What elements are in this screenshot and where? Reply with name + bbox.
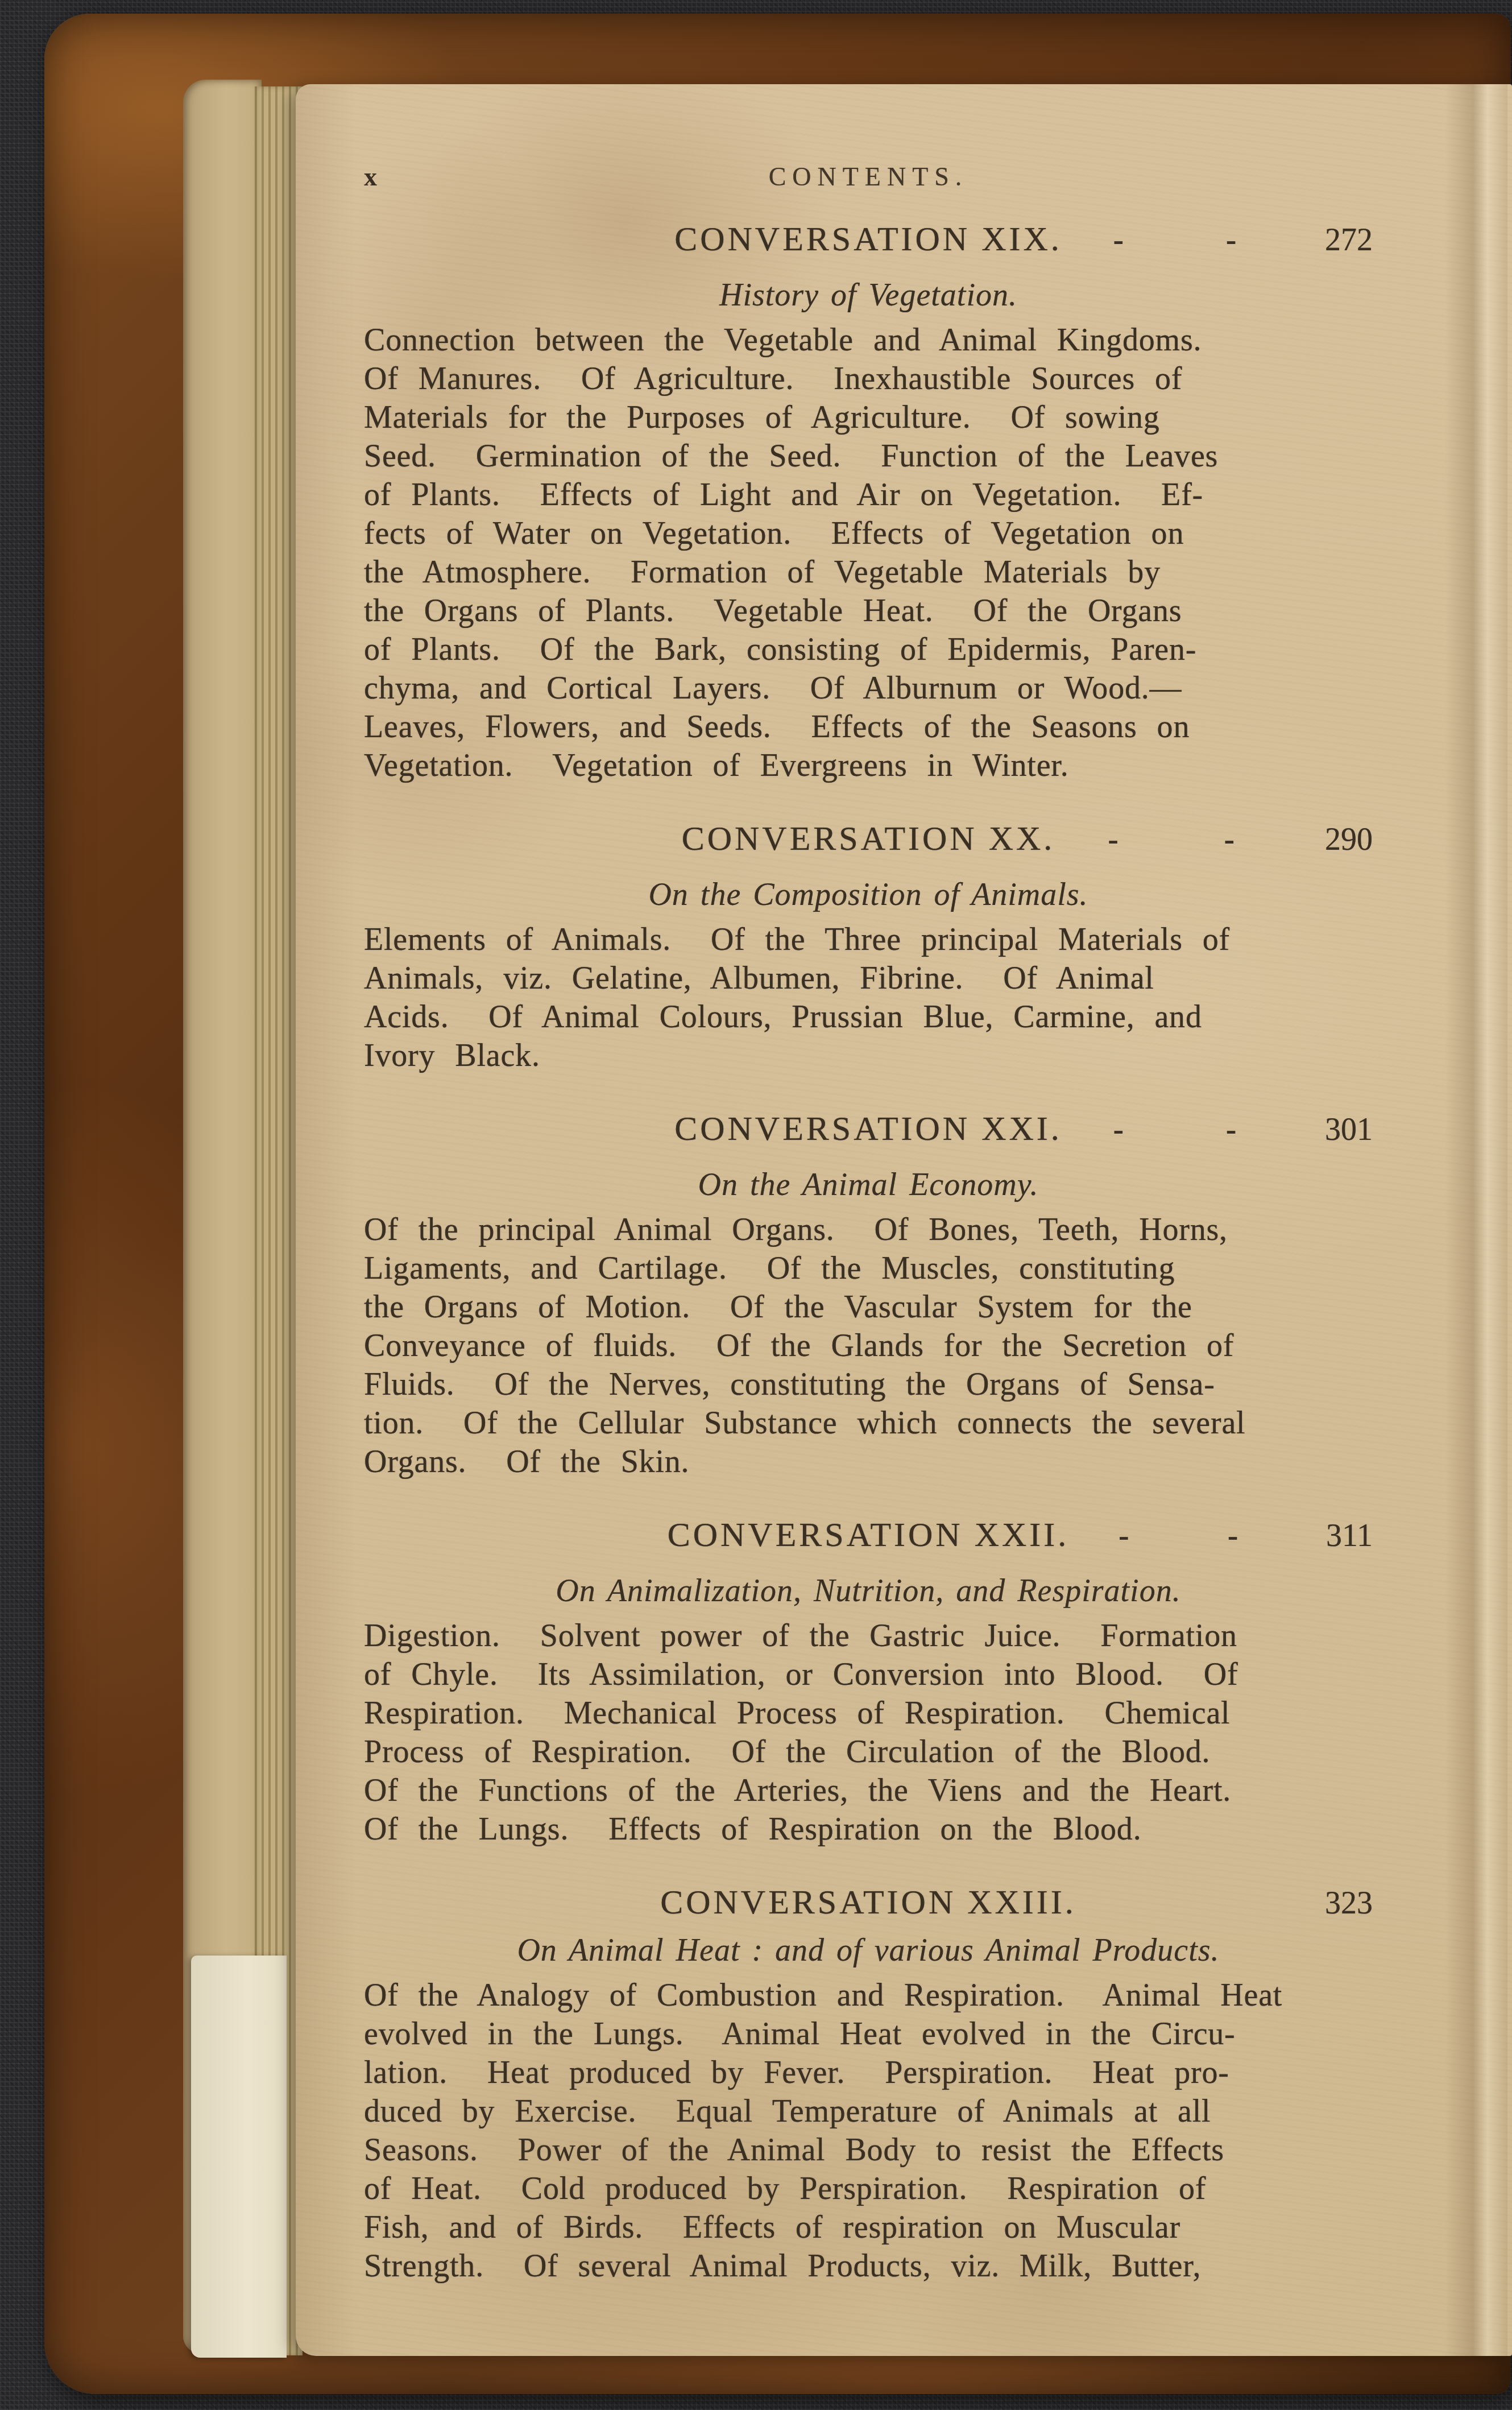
entry-line: Digestion. Solvent power of the Gastric … xyxy=(364,1617,1373,1655)
heading-dash: - xyxy=(1175,1108,1287,1159)
entry-line: Organs. Of the Skin. xyxy=(364,1442,1373,1481)
page-content: x CONTENTS. CONVERSATION XIX. -- 272 His… xyxy=(296,84,1512,2356)
toc-entries: CONVERSATION XIX. -- 272 History of Vege… xyxy=(364,217,1373,2285)
conversation-heading-row: CONVERSATION XXI. -- 301 xyxy=(364,1107,1373,1159)
entry-line: the Atmosphere. Formation of Vegetable M… xyxy=(364,553,1373,592)
entry-line: lation. Heat produced by Fever. Perspira… xyxy=(364,2053,1373,2092)
entry-lines: Of the Analogy of Combustion and Respira… xyxy=(364,1976,1373,2285)
entry-line: Connection between the Vegetable and Ani… xyxy=(364,321,1373,359)
entry-line: Conveyance of fluids. Of the Glands for … xyxy=(364,1326,1373,1365)
heading-dash: - xyxy=(1062,218,1175,270)
entry-line: Animals, viz. Gelatine, Albumen, Fibrine… xyxy=(364,959,1373,998)
conversation-heading-row: CONVERSATION XX. -- 290 xyxy=(364,817,1373,869)
page-folio: x xyxy=(364,157,432,197)
entry-line: Ligaments, and Cartilage. Of the Muscles… xyxy=(364,1249,1373,1288)
entry-line: Seed. Germination of the Seed. Function … xyxy=(364,437,1373,476)
entry-line: chyma, and Cortical Layers. Of Alburnum … xyxy=(364,669,1373,708)
conversation-heading-row: CONVERSATION XIX. -- 272 xyxy=(364,217,1373,270)
heading-dash: - xyxy=(1055,818,1171,869)
entry-subtitle: On the Composition of Animals. xyxy=(364,876,1373,913)
entry-line: Of the Analogy of Combustion and Respira… xyxy=(364,1976,1373,2015)
conversation-heading-title: CONVERSATION XXIII. xyxy=(660,1880,1076,1924)
entry-line: Of Manures. Of Agriculture. Inexhaustibl… xyxy=(364,359,1373,398)
toc-entry: CONVERSATION XXII. -- 311 On Animalizati… xyxy=(364,1513,1373,1849)
page-header: x CONTENTS. xyxy=(364,157,1373,197)
heading-right-group: -- 301 xyxy=(1062,1108,1373,1159)
heading-page-number: 323 xyxy=(1287,1882,1373,1925)
entry-subtitle: History of Vegetation. xyxy=(364,276,1373,314)
entry-line: of Plants. Of the Bark, consisting of Ep… xyxy=(364,630,1373,669)
entry-line: duced by Exercise. Equal Temperature of … xyxy=(364,2092,1373,2131)
entry-line: Ivory Black. xyxy=(364,1036,1373,1075)
entry-line: Of the principal Animal Organs. Of Bones… xyxy=(364,1210,1373,1249)
entry-line: the Organs of Motion. Of the Vascular Sy… xyxy=(364,1288,1373,1326)
heading-dash: - xyxy=(1062,1108,1175,1159)
entry-lines: Connection between the Vegetable and Ani… xyxy=(364,321,1373,785)
conversation-heading-title: CONVERSATION XIX. xyxy=(674,217,1062,261)
heading-page-number: 311 xyxy=(1287,1514,1373,1557)
entry-line: Vegetation. Vegetation of Evergreens in … xyxy=(364,746,1373,785)
entry-line: Materials for the Purposes of Agricultur… xyxy=(364,398,1373,437)
entry-line: Seasons. Power of the Animal Body to res… xyxy=(364,2131,1373,2169)
conversation-heading-title: CONVERSATION XX. xyxy=(682,817,1055,860)
entry-line: Fish, and of Birds. Effects of respirati… xyxy=(364,2208,1373,2247)
book-photo-scene: x CONTENTS. CONVERSATION XIX. -- 272 His… xyxy=(0,0,1512,2410)
entry-line: Elements of Animals. Of the Three princi… xyxy=(364,920,1373,959)
heading-right-group: -- 272 xyxy=(1062,218,1373,270)
entry-lines: Elements of Animals. Of the Three princi… xyxy=(364,920,1373,1075)
entry-lines: Digestion. Solvent power of the Gastric … xyxy=(364,1617,1373,1849)
heading-right-group: 323 xyxy=(1076,1882,1373,1925)
conversation-heading-row: CONVERSATION XXII. -- 311 xyxy=(364,1513,1373,1565)
toc-entry: CONVERSATION XX. -- 290 On the Compositi… xyxy=(364,817,1373,1075)
entry-line: evolved in the Lungs. Animal Heat evolve… xyxy=(364,2015,1373,2053)
entry-line: Respiration. Mechanical Process of Respi… xyxy=(364,1694,1373,1733)
entry-line: Acids. Of Animal Colours, Prussian Blue,… xyxy=(364,998,1373,1036)
conversation-heading-row: CONVERSATION XXIII. 323 xyxy=(364,1880,1373,1925)
entry-line: of Chyle. Its Assimilation, or Conversio… xyxy=(364,1655,1373,1694)
entry-line: Of the Lungs. Effects of Respiration on … xyxy=(364,1810,1373,1849)
entry-line: the Organs of Plants. Vegetable Heat. Of… xyxy=(364,592,1373,630)
heading-right-group: -- 311 xyxy=(1069,1514,1373,1565)
entry-line: tion. Of the Cellular Substance which co… xyxy=(364,1404,1373,1442)
heading-page-number: 290 xyxy=(1287,818,1373,861)
heading-page-number: 301 xyxy=(1287,1108,1373,1151)
entry-subtitle: On Animalization, Nutrition, and Respira… xyxy=(364,1572,1373,1610)
running-head: CONTENTS. xyxy=(432,157,1304,197)
entry-lines: Of the principal Animal Organs. Of Bones… xyxy=(364,1210,1373,1481)
entry-line: Leaves, Flowers, and Seeds. Effects of t… xyxy=(364,708,1373,746)
book-page: x CONTENTS. CONVERSATION XIX. -- 272 His… xyxy=(296,84,1512,2356)
heading-dash: - xyxy=(1069,1514,1178,1565)
entry-line: of Heat. Cold produced by Perspiration. … xyxy=(364,2169,1373,2208)
entry-line: of Plants. Effects of Light and Air on V… xyxy=(364,476,1373,514)
entry-line: Process of Respiration. Of the Circulati… xyxy=(364,1733,1373,1771)
heading-dash: - xyxy=(1178,1514,1287,1565)
conversation-heading-title: CONVERSATION XXII. xyxy=(668,1513,1070,1556)
heading-dash: - xyxy=(1171,818,1287,869)
conversation-heading-title: CONVERSATION XXI. xyxy=(674,1107,1062,1150)
toc-entry: CONVERSATION XXI. -- 301 On the Animal E… xyxy=(364,1107,1373,1481)
entry-subtitle: On the Animal Economy. xyxy=(364,1166,1373,1204)
toc-entry: CONVERSATION XXIII. 323 On Animal Heat :… xyxy=(364,1880,1373,2285)
heading-dash: - xyxy=(1175,218,1287,270)
entry-line: Of the Functions of the Arteries, the Vi… xyxy=(364,1771,1373,1810)
entry-line: Strength. Of several Animal Products, vi… xyxy=(364,2247,1373,2285)
heading-page-number: 272 xyxy=(1287,218,1373,262)
heading-right-group: -- 290 xyxy=(1055,818,1373,869)
entry-line: Fluids. Of the Nerves, constituting the … xyxy=(364,1365,1373,1404)
entry-subtitle: On Animal Heat : and of various Animal P… xyxy=(364,1932,1373,1969)
toc-entry: CONVERSATION XIX. -- 272 History of Vege… xyxy=(364,217,1373,785)
entry-line: fects of Water on Vegetation. Effects of… xyxy=(364,514,1373,553)
underlying-page-edge xyxy=(191,1956,287,2358)
